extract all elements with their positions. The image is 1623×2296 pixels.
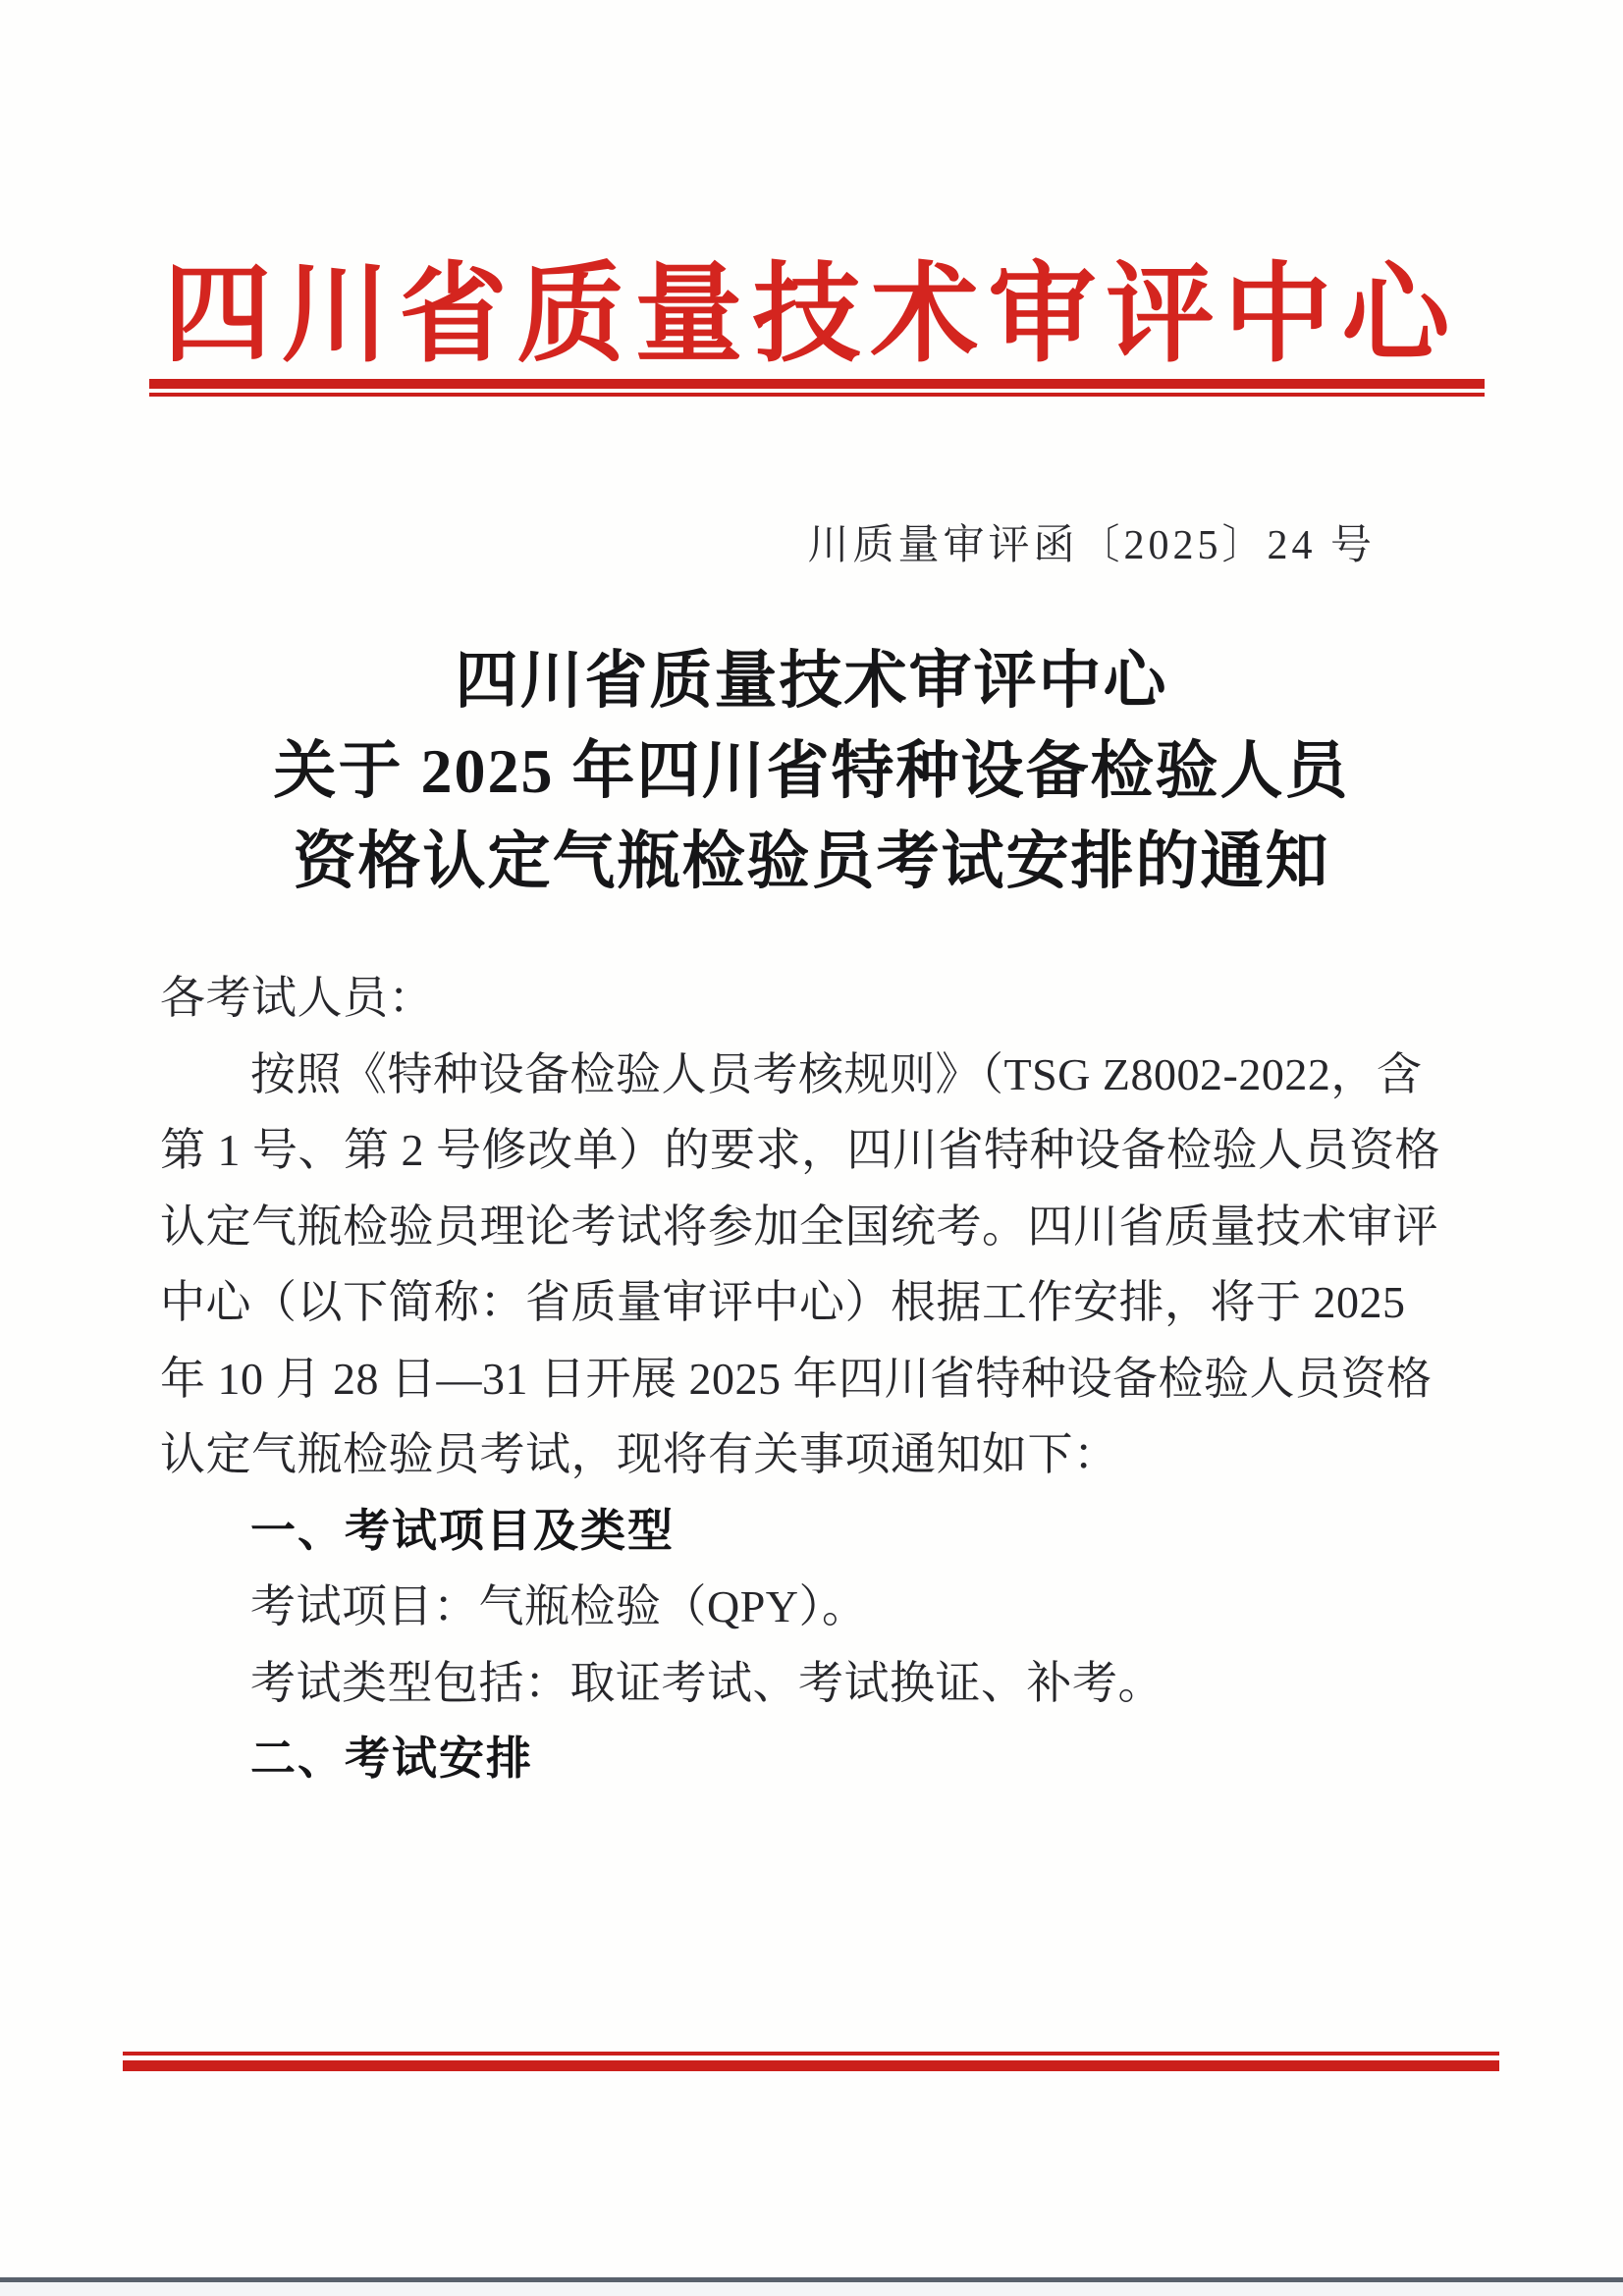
document-body: 各考试人员： 按照《特种设备检验人员考核规则》（TSG Z8002-2022，含… [160,960,1468,1797]
body-line: 考试类型包括：取证考试、考试换证、补考。 [160,1645,1468,1722]
body-line: 考试项目：气瓶检验（QPY）。 [160,1569,1468,1645]
rule-thin-bar [123,2052,1499,2056]
section-2-heading: 二、考试安排 [160,1721,1468,1797]
body-line: 认定气瓶检验员考试，现将有关事项通知如下： [160,1416,1468,1493]
footer-separator-rule [123,2052,1499,2071]
salutation: 各考试人员： [160,960,1468,1037]
scanned-document-page: 四川省质量技术审评中心 川质量审评函〔2025〕24 号 四川省质量技术审评中心… [0,0,1623,2296]
body-line: 按照《特种设备检验人员考核规则》（TSG Z8002-2022，含 [160,1037,1468,1113]
document-title-line-1: 四川省质量技术审评中心 [0,636,1623,726]
body-line: 第 1 号、第 2 号修改单）的要求，四川省特种设备检验人员资格 [160,1112,1468,1189]
body-line: 中心（以下简称：省质量审评中心）根据工作安排，将于 2025 [160,1264,1468,1341]
rule-thick-bar [123,2060,1499,2071]
document-title-line-2: 关于 2025 年四川省特种设备检验人员 [0,726,1623,817]
body-line: 年 10 月 28 日—31 日开展 2025 年四川省特种设备检验人员资格 [160,1341,1468,1417]
scan-background [0,2282,1623,2296]
body-line: 认定气瓶检验员理论考试将参加全国统考。四川省质量技术审评 [160,1189,1468,1265]
document-title: 四川省质量技术审评中心 关于 2025 年四川省特种设备检验人员 资格认定气瓶检… [0,636,1623,907]
letterhead-title: 四川省质量技术审评中心 [0,228,1623,383]
section-1-heading: 一、考试项目及类型 [160,1493,1468,1570]
rule-thin-bar [149,393,1485,397]
rule-thick-bar [149,379,1485,389]
letterhead-separator-rule [149,379,1485,397]
document-title-line-3: 资格认定气瓶检验员考试安排的通知 [0,817,1623,907]
document-number: 川质量审评函〔2025〕24 号 [807,512,1376,571]
